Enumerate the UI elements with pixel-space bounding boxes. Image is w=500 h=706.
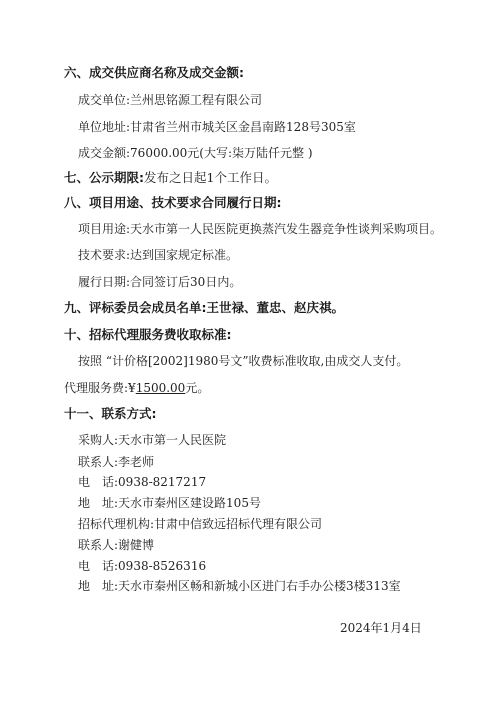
publicity-period-value: 发布之日起1个工作日。 [144,170,277,185]
purchaser-contact-value: 李老师 [118,455,154,469]
section-7-line: 七、公示期限:发布之日起1个工作日。 [64,171,277,185]
purchaser-phone-line: 电 话:0938-8217217 [78,475,206,489]
agency-contact-value: 谢健博 [118,538,154,552]
supplier-address-label: 单位地址: [78,120,130,134]
purchaser-address-label: 地 址: [78,496,118,510]
agency-contact-label: 联系人: [78,538,118,552]
period-line: 履行日期:合同签订后30日内。 [78,275,241,289]
agency-address-label: 地 址: [78,579,118,593]
fee-suffix: 元。 [185,381,209,395]
period-label: 履行日期: [78,275,130,289]
supplier-line: 成交单位:兰州思铭源工程有限公司 [78,93,262,107]
period-value: 合同签订后30日内。 [130,275,241,289]
amount-label: 成交金额: [78,146,130,160]
document-date: 2024年1月4日 [340,621,422,635]
agency-address-line: 地 址:天水市秦州区畅和新城小区进门右手办公楼3楼313室 [78,579,401,593]
agency-label: 招标代理机构: [78,517,154,531]
purpose-value: 天水市第一人民医院更换蒸汽发生器竞争性谈判采购项目。 [130,222,442,236]
section-10-heading: 十、招标代理服务费收取标准: [64,328,232,342]
agency-phone-value: 0938-8526316 [118,559,206,573]
purchaser-address-value: 天水市秦州区建设路105号 [118,496,261,510]
purpose-line: 项目用途:天水市第一人民医院更换蒸汽发生器竞争性谈判采购项目。 [78,222,442,236]
fee-line: 代理服务费:¥1500.00元。 [64,381,209,395]
fee-label: 代理服务费:¥ [64,381,136,395]
supplier-address-line: 单位地址:甘肃省兰州市城关区金昌南路128号305室 [78,120,356,134]
purchaser-address-line: 地 址:天水市秦州区建设路105号 [78,496,261,510]
purchaser-label: 采购人: [78,433,118,447]
agency-address-value: 天水市秦州区畅和新城小区进门右手办公楼3楼313室 [118,579,401,593]
section-9-heading: 九、评标委员会成员名单:王世禄、董忠、赵庆祺。 [64,301,344,315]
fee-value: 1500.00 [136,381,186,395]
fee-standard-line: 按照 “计价格[2002]1980号文”收费标准收取,由成交人支付。 [78,354,408,368]
purchaser-contact-label: 联系人: [78,455,118,469]
amount-line: 成交金额:76000.00元(大写:柒万陆仟元整 ) [78,146,313,160]
amount-value: 76000.00元(大写:柒万陆仟元整 ) [130,146,312,160]
tech-line: 技术要求:达到国家规定标准。 [78,248,238,262]
agency-phone-label: 电 话: [78,559,118,573]
section-8-heading: 八、项目用途、技术要求合同履行日期: [64,196,282,210]
purchaser-phone-value: 0938-8217217 [118,475,206,489]
purchaser-phone-label: 电 话: [78,475,118,489]
tech-label: 技术要求: [78,248,130,262]
agency-value: 甘肃中信致远招标代理有限公司 [154,517,322,531]
section-11-heading: 十一、联系方式: [64,407,157,421]
supplier-address-value: 甘肃省兰州市城关区金昌南路128号305室 [130,120,356,134]
purchaser-contact-line: 联系人:李老师 [78,455,154,469]
section-7-heading: 七、公示期限: [64,170,144,185]
agency-phone-line: 电 话:0938-8526316 [78,559,206,573]
purchaser-line: 采购人:天水市第一人民医院 [78,433,226,447]
supplier-value: 兰州思铭源工程有限公司 [130,93,262,107]
purpose-label: 项目用途: [78,222,130,236]
agency-contact-line: 联系人:谢健博 [78,538,154,552]
supplier-label: 成交单位: [78,93,130,107]
section-6-heading: 六、成交供应商名称及成交金额: [64,66,244,80]
purchaser-value: 天水市第一人民医院 [118,433,226,447]
tech-value: 达到国家规定标准。 [130,248,238,262]
agency-line: 招标代理机构:甘肃中信致远招标代理有限公司 [78,517,322,531]
